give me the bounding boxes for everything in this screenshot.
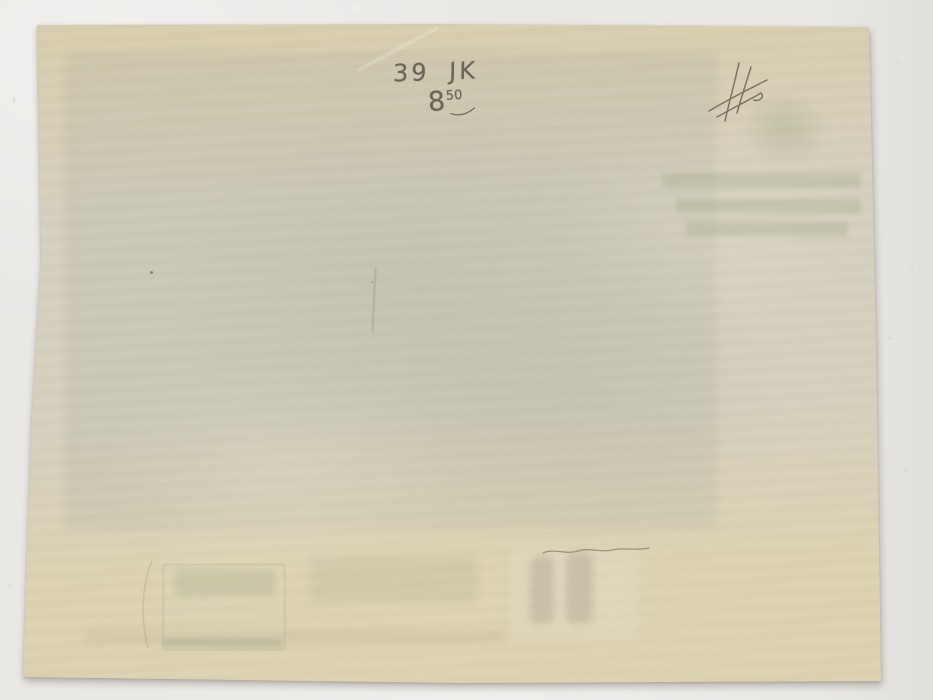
showthrough-text-line — [686, 221, 848, 236]
pencil-inventory-code: 39 JK — [393, 56, 478, 87]
showthrough-stamp-text — [175, 570, 275, 596]
hash-scribble-mark — [699, 53, 777, 125]
showthrough-text-line — [676, 199, 861, 213]
price-cents-superscript: 50 — [445, 88, 463, 104]
paper-shadow: 39 JK 850 — [0, 0, 933, 700]
showthrough-smudge-block — [310, 556, 478, 602]
paper-sheet: 39 JK 850 — [0, 0, 933, 700]
pencil-price-notation: 850 — [427, 85, 463, 118]
pencil-squiggle-line — [540, 540, 656, 558]
number-smudge-stroke — [530, 556, 554, 624]
paper-speck — [150, 271, 153, 274]
price-dollars: 8 — [427, 86, 446, 118]
price-underline-swoosh — [449, 106, 478, 119]
paper-speck — [371, 281, 373, 283]
showthrough-text-line — [663, 173, 861, 188]
showthrough-stamp-bottom-row — [164, 639, 282, 647]
showthrough-text-block — [660, 168, 865, 243]
stamp-edge-curve-line — [138, 558, 158, 653]
photo-canvas: 39 JK 850 — [0, 0, 933, 700]
number-smudge-stroke — [566, 552, 593, 624]
